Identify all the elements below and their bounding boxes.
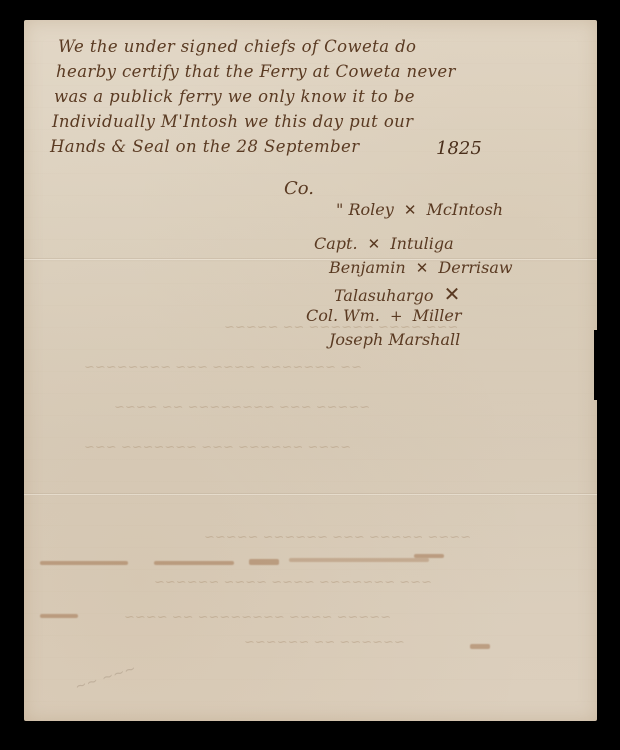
ink-stain — [470, 644, 490, 649]
bleed-through-text: ~~~~~~ ~~ ~~~~~~ — [244, 635, 405, 650]
bleed-through-text: ~~~~~ ~~~ ~~~~~~~~ ~~ ~~~~ — [114, 400, 370, 415]
bleed-through-text: ~~ ~~~~~~~ ~~~~ ~~~ ~~~~~~~~ — [84, 360, 362, 375]
ink-stain — [289, 558, 429, 562]
bleed-through-text: ~~~~ ~~~~~~ ~~~ ~~~~~~~ ~~~ — [84, 440, 351, 455]
signature-capt-intuliga: Capt. ✕ Intuliga — [314, 234, 454, 253]
ink-stain — [249, 559, 279, 565]
bleed-through-text: ~~~ ~~~~ ~~~~~~ ~~ ~~~~~ — [224, 320, 458, 335]
signature-name: Talasuhargo — [334, 286, 434, 305]
ink-stain — [40, 561, 128, 565]
body-line-5: Hands & Seal on the 28 September — [50, 134, 588, 159]
signature-prefix: Capt. — [314, 234, 358, 253]
signature-surname: McIntosh — [427, 200, 504, 219]
ink-stain — [154, 561, 234, 565]
bleed-through-text: ~~~~ ~~~~~ ~~~ ~~~~~~ ~~~~~ — [204, 530, 471, 545]
signature-benjamin-derrisaw: Benjamin ✕ Derrisaw — [329, 258, 513, 277]
signature-prefix: " — [336, 200, 343, 219]
ink-stain — [414, 554, 444, 558]
signature-surname: Intuliga — [390, 234, 453, 253]
edge-tear — [594, 330, 599, 400]
x-mark-icon: ✕ — [416, 259, 429, 277]
signature-surname: Derrisaw — [438, 258, 512, 277]
body-line-1: We the under signed chiefs of Coweta do — [58, 34, 588, 59]
certificate-body: We the under signed chiefs of Coweta do … — [58, 34, 588, 159]
ink-stain — [40, 614, 78, 618]
signature-name: Roley — [348, 200, 393, 219]
signature-talasuhargo: Talasuhargo ✕ — [334, 282, 465, 306]
x-mark-icon: ✕ — [444, 282, 461, 306]
date-year: 1825 — [436, 138, 482, 159]
signature-roley-mcintosh: " Roley ✕ McIntosh — [336, 200, 503, 219]
signature-1: Co. — [284, 178, 314, 199]
x-mark-icon: ✕ — [368, 235, 381, 253]
x-mark-icon: ✕ — [404, 201, 417, 219]
body-line-2: hearby certify that the Ferry at Coweta … — [56, 59, 588, 84]
fold-line-lower — [24, 493, 597, 496]
signature-name: Benjamin — [329, 258, 406, 277]
pencil-notation: ~~ ~~~ — [73, 661, 138, 696]
body-line-3: was a publick ferry we only know it to b… — [54, 84, 588, 109]
bleed-through-text: ~~~~~ ~~~~ ~~~~~~~~ ~~ ~~~~ — [124, 610, 391, 625]
signature-prefix: Co. — [284, 178, 314, 199]
body-line-4: Individually M'Intosh we this day put ou… — [52, 109, 588, 134]
document-sheet: We the under signed chiefs of Coweta do … — [24, 20, 597, 721]
bleed-through-text: ~~~ ~~~~~~~ ~~~~ ~~~~ ~~~~~~ — [154, 575, 432, 590]
